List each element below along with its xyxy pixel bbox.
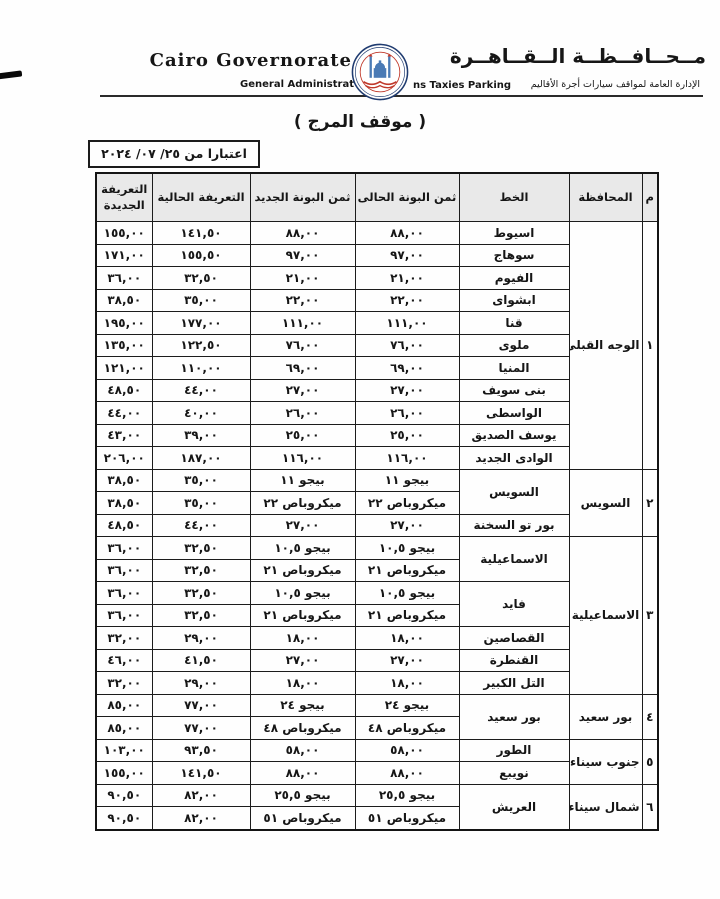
arabic-department: الإدارة العامة لمواقف سيارات أجرة الأقال… (531, 79, 700, 90)
tariff-current-cell: ٣٢,٥٠ (152, 582, 250, 605)
row-number-cell: ٥ (642, 739, 658, 784)
bona-new-cell: ميكروباص ٢٢ (250, 492, 355, 515)
line-cell: بنى سويف (459, 379, 569, 402)
line-cell: القصاصين (459, 627, 569, 650)
row-number-cell: ٤ (642, 694, 658, 739)
line-cell: العريش (459, 784, 569, 830)
tariff-current-cell: ٤٤,٠٠ (152, 514, 250, 537)
tariff-new-cell: ١٣٥,٠٠ (96, 334, 152, 357)
tariff-current-cell: ٣٢,٥٠ (152, 537, 250, 560)
bona-current-cell: ١١٦,٠٠ (355, 447, 459, 470)
tariff-new-cell: ٨٥,٠٠ (96, 717, 152, 740)
tariff-current-cell: ٢٩,٠٠ (152, 672, 250, 695)
line-cell: يوسف الصديق (459, 424, 569, 447)
tariff-new-cell: ٣٨,٥٠ (96, 289, 152, 312)
col-header-line: الخط (459, 173, 569, 222)
tariff-new-cell: ٤٦,٠٠ (96, 649, 152, 672)
tariff-new-cell: ٤٤,٠٠ (96, 402, 152, 425)
line-cell: السويس (459, 469, 569, 514)
bona-current-cell: ٢٥,٠٠ (355, 424, 459, 447)
tariff-new-cell: ١٩٥,٠٠ (96, 312, 152, 335)
tariff-new-cell: ٣٢,٠٠ (96, 627, 152, 650)
table-header-row: م المحافظة الخط ثمن البونة الحالى ثمن ال… (96, 173, 658, 222)
tariff-current-cell: ٩٣,٥٠ (152, 739, 250, 762)
bona-new-cell: ٢٢,٠٠ (250, 289, 355, 312)
bona-new-cell: ٢٥,٠٠ (250, 424, 355, 447)
bona-current-cell: ميكروباص ٢١ (355, 559, 459, 582)
bona-new-cell: ميكروباص ٤٨ (250, 717, 355, 740)
bona-current-cell: بيجو ١١ (355, 469, 459, 492)
line-cell: الوادى الجديد (459, 447, 569, 470)
bona-current-cell: ١٨,٠٠ (355, 672, 459, 695)
table-row: ٥جنوب سيناءالطور٥٨,٠٠٥٨,٠٠٩٣,٥٠١٠٣,٠٠ (96, 739, 658, 762)
bona-current-cell: ٨٨,٠٠ (355, 762, 459, 785)
tariff-current-cell: ٨٢,٠٠ (152, 807, 250, 830)
bona-current-cell: بيجو ٢٥,٥ (355, 784, 459, 807)
tariff-current-cell: ١٢٢,٥٠ (152, 334, 250, 357)
governorate-cell: بور سعيد (569, 694, 642, 739)
bona-current-cell: ٧٦,٠٠ (355, 334, 459, 357)
tariff-new-cell: ٨٥,٠٠ (96, 694, 152, 717)
tariff-current-cell: ٣٥,٠٠ (152, 492, 250, 515)
tariff-new-cell: ١٠٣,٠٠ (96, 739, 152, 762)
table-row: ١الوجه القبلىاسيوط٨٨,٠٠٨٨,٠٠١٤١,٥٠١٥٥,٠٠ (96, 222, 658, 245)
english-department-right: ns Taxies Parking (413, 80, 511, 91)
col-header-tariff-new: التعريفة الجديدة (96, 173, 152, 222)
bona-new-cell: بيجو ١٠,٥ (250, 582, 355, 605)
line-cell: اسيوط (459, 222, 569, 245)
bona-new-cell: ١٨,٠٠ (250, 627, 355, 650)
line-cell: الاسماعيلية (459, 537, 569, 582)
bona-current-cell: ٢٦,٠٠ (355, 402, 459, 425)
bona-new-cell: بيجو ١٠,٥ (250, 537, 355, 560)
bona-new-cell: بيجو ١١ (250, 469, 355, 492)
bona-current-cell: ٢٧,٠٠ (355, 649, 459, 672)
line-cell: فايد (459, 582, 569, 627)
bona-current-cell: ١٨,٠٠ (355, 627, 459, 650)
table-row: ٢السويسالسويسبيجو ١١بيجو ١١٣٥,٠٠٣٨,٥٠ (96, 469, 658, 492)
tariff-current-cell: ٣٥,٠٠ (152, 289, 250, 312)
bona-current-cell: ميكروباص ٢١ (355, 604, 459, 627)
tariff-current-cell: ٤٤,٠٠ (152, 379, 250, 402)
bona-current-cell: ٢٧,٠٠ (355, 514, 459, 537)
tariff-new-cell: ٢٠٦,٠٠ (96, 447, 152, 470)
scan-artifact (0, 70, 22, 79)
tariff-current-cell: ٣٢,٥٠ (152, 604, 250, 627)
line-cell: بور سعيد (459, 694, 569, 739)
line-cell: المنيا (459, 357, 569, 380)
bona-new-cell: ميكروباص ٢١ (250, 604, 355, 627)
bona-new-cell: ٢٧,٠٠ (250, 514, 355, 537)
line-cell: قنا (459, 312, 569, 335)
line-cell: الفيوم (459, 267, 569, 290)
line-cell: نويبع (459, 762, 569, 785)
bona-new-cell: بيجو ٢٤ (250, 694, 355, 717)
tariff-new-cell: ٤٣,٠٠ (96, 424, 152, 447)
bona-current-cell: ٢٢,٠٠ (355, 289, 459, 312)
bona-current-cell: ١١١,٠٠ (355, 312, 459, 335)
bona-new-cell: ٨٨,٠٠ (250, 762, 355, 785)
tariff-current-cell: ٣٩,٠٠ (152, 424, 250, 447)
governorate-cell: السويس (569, 469, 642, 537)
bona-new-cell: ٩٧,٠٠ (250, 244, 355, 267)
tariff-current-cell: ١٧٧,٠٠ (152, 312, 250, 335)
bona-new-cell: ٢٦,٠٠ (250, 402, 355, 425)
tariff-table: م المحافظة الخط ثمن البونة الحالى ثمن ال… (95, 172, 659, 831)
line-cell: سوهاج (459, 244, 569, 267)
bona-current-cell: ميكروباص ٢٢ (355, 492, 459, 515)
governorate-cell: شمال سيناء (569, 784, 642, 830)
table-row: ٦شمال سيناءالعريشبيجو ٢٥,٥بيجو ٢٥,٥٨٢,٠٠… (96, 784, 658, 807)
tariff-current-cell: ٨٢,٠٠ (152, 784, 250, 807)
tariff-current-cell: ١٤١,٥٠ (152, 222, 250, 245)
tariff-current-cell: ٣٥,٠٠ (152, 469, 250, 492)
bona-new-cell: ٦٩,٠٠ (250, 357, 355, 380)
governorate-cell: جنوب سيناء (569, 739, 642, 784)
tariff-current-cell: ١٨٧,٠٠ (152, 447, 250, 470)
tariff-current-cell: ١٤١,٥٠ (152, 762, 250, 785)
bona-current-cell: ميكروباص ٥١ (355, 807, 459, 830)
tariff-new-cell: ١٥٥,٠٠ (96, 762, 152, 785)
tariff-current-cell: ٣٢,٥٠ (152, 559, 250, 582)
english-title: Cairo Governorate (150, 50, 352, 71)
tariff-new-cell: ١٥٥,٠٠ (96, 222, 152, 245)
line-cell: الطور (459, 739, 569, 762)
bona-current-cell: ٢١,٠٠ (355, 267, 459, 290)
col-header-governorate: المحافظة (569, 173, 642, 222)
col-header-bona-new: ثمن البونة الجديد (250, 173, 355, 222)
tariff-table-wrap: م المحافظة الخط ثمن البونة الحالى ثمن ال… (95, 172, 659, 831)
line-cell: القنطرة (459, 649, 569, 672)
bona-new-cell: ٢١,٠٠ (250, 267, 355, 290)
bona-new-cell: ١١٦,٠٠ (250, 447, 355, 470)
line-cell: بور تو السخنة (459, 514, 569, 537)
governorate-cell: الوجه القبلى (569, 222, 642, 470)
bona-new-cell: ٥٨,٠٠ (250, 739, 355, 762)
tariff-new-cell: ١٧١,٠٠ (96, 244, 152, 267)
tariff-new-cell: ٣٦,٠٠ (96, 559, 152, 582)
tariff-new-cell: ٣٦,٠٠ (96, 537, 152, 560)
tariff-current-cell: ٧٧,٠٠ (152, 717, 250, 740)
bona-current-cell: ٦٩,٠٠ (355, 357, 459, 380)
bona-new-cell: ٢٧,٠٠ (250, 379, 355, 402)
bona-current-cell: ٢٧,٠٠ (355, 379, 459, 402)
bona-current-cell: ٥٨,٠٠ (355, 739, 459, 762)
tariff-table-body: ١الوجه القبلىاسيوط٨٨,٠٠٨٨,٠٠١٤١,٥٠١٥٥,٠٠… (96, 222, 658, 830)
english-department-left: General Administrat (240, 79, 354, 90)
bona-current-cell: ٩٧,٠٠ (355, 244, 459, 267)
tariff-new-cell: ٩٠,٥٠ (96, 807, 152, 830)
bona-current-cell: بيجو ١٠,٥ (355, 582, 459, 605)
bona-new-cell: ١٨,٠٠ (250, 672, 355, 695)
row-number-cell: ٣ (642, 537, 658, 695)
tariff-current-cell: ٤٠,٠٠ (152, 402, 250, 425)
row-number-cell: ١ (642, 222, 658, 470)
col-header-bona-current: ثمن البونة الحالى (355, 173, 459, 222)
line-cell: ابشواى (459, 289, 569, 312)
tariff-new-cell: ١٢١,٠٠ (96, 357, 152, 380)
arabic-title: مــحــافــظــة الــقــاهــرة (450, 44, 706, 68)
bona-new-cell: بيجو ٢٥,٥ (250, 784, 355, 807)
bona-new-cell: ٨٨,٠٠ (250, 222, 355, 245)
document-page: Cairo Governorate General Administrat ns… (0, 0, 720, 899)
effective-date-box: اعتبارا من ٢٥/ ٠٧/ ٢٠٢٤ (88, 140, 260, 168)
bona-current-cell: ميكروباص ٤٨ (355, 717, 459, 740)
bona-new-cell: ميكروباص ٢١ (250, 559, 355, 582)
bona-current-cell: بيجو ٢٤ (355, 694, 459, 717)
row-number-cell: ٦ (642, 784, 658, 830)
tariff-current-cell: ١١٠,٠٠ (152, 357, 250, 380)
tariff-current-cell: ٧٧,٠٠ (152, 694, 250, 717)
col-header-no: م (642, 173, 658, 222)
tariff-new-cell: ٣٢,٠٠ (96, 672, 152, 695)
tariff-new-cell: ٣٨,٥٠ (96, 492, 152, 515)
station-title: ( موقف المرج ) (0, 112, 720, 132)
line-cell: التل الكبير (459, 672, 569, 695)
tariff-current-cell: ١٥٥,٥٠ (152, 244, 250, 267)
tariff-current-cell: ٤١,٥٠ (152, 649, 250, 672)
tariff-new-cell: ٤٨,٥٠ (96, 514, 152, 537)
table-row: ٤بور سعيدبور سعيدبيجو ٢٤بيجو ٢٤٧٧,٠٠٨٥,٠… (96, 694, 658, 717)
bona-current-cell: بيجو ١٠,٥ (355, 537, 459, 560)
tariff-current-cell: ٢٩,٠٠ (152, 627, 250, 650)
table-row: ٣الاسماعيليةالاسماعيليةبيجو ١٠,٥بيجو ١٠,… (96, 537, 658, 560)
col-header-tariff-current: التعريفة الحالية (152, 173, 250, 222)
tariff-current-cell: ٣٢,٥٠ (152, 267, 250, 290)
bona-new-cell: ميكروباص ٥١ (250, 807, 355, 830)
bona-new-cell: ١١١,٠٠ (250, 312, 355, 335)
tariff-new-cell: ٣٨,٥٠ (96, 469, 152, 492)
tariff-new-cell: ٣٦,٠٠ (96, 604, 152, 627)
line-cell: ملوى (459, 334, 569, 357)
tariff-new-cell: ٤٨,٥٠ (96, 379, 152, 402)
bona-new-cell: ٢٧,٠٠ (250, 649, 355, 672)
row-number-cell: ٢ (642, 469, 658, 537)
cairo-governorate-seal-icon (351, 43, 409, 101)
governorate-cell: الاسماعيلية (569, 537, 642, 695)
tariff-new-cell: ٣٦,٠٠ (96, 267, 152, 290)
line-cell: الواسطى (459, 402, 569, 425)
tariff-new-cell: ٩٠,٥٠ (96, 784, 152, 807)
tariff-new-cell: ٣٦,٠٠ (96, 582, 152, 605)
bona-new-cell: ٧٦,٠٠ (250, 334, 355, 357)
bona-current-cell: ٨٨,٠٠ (355, 222, 459, 245)
